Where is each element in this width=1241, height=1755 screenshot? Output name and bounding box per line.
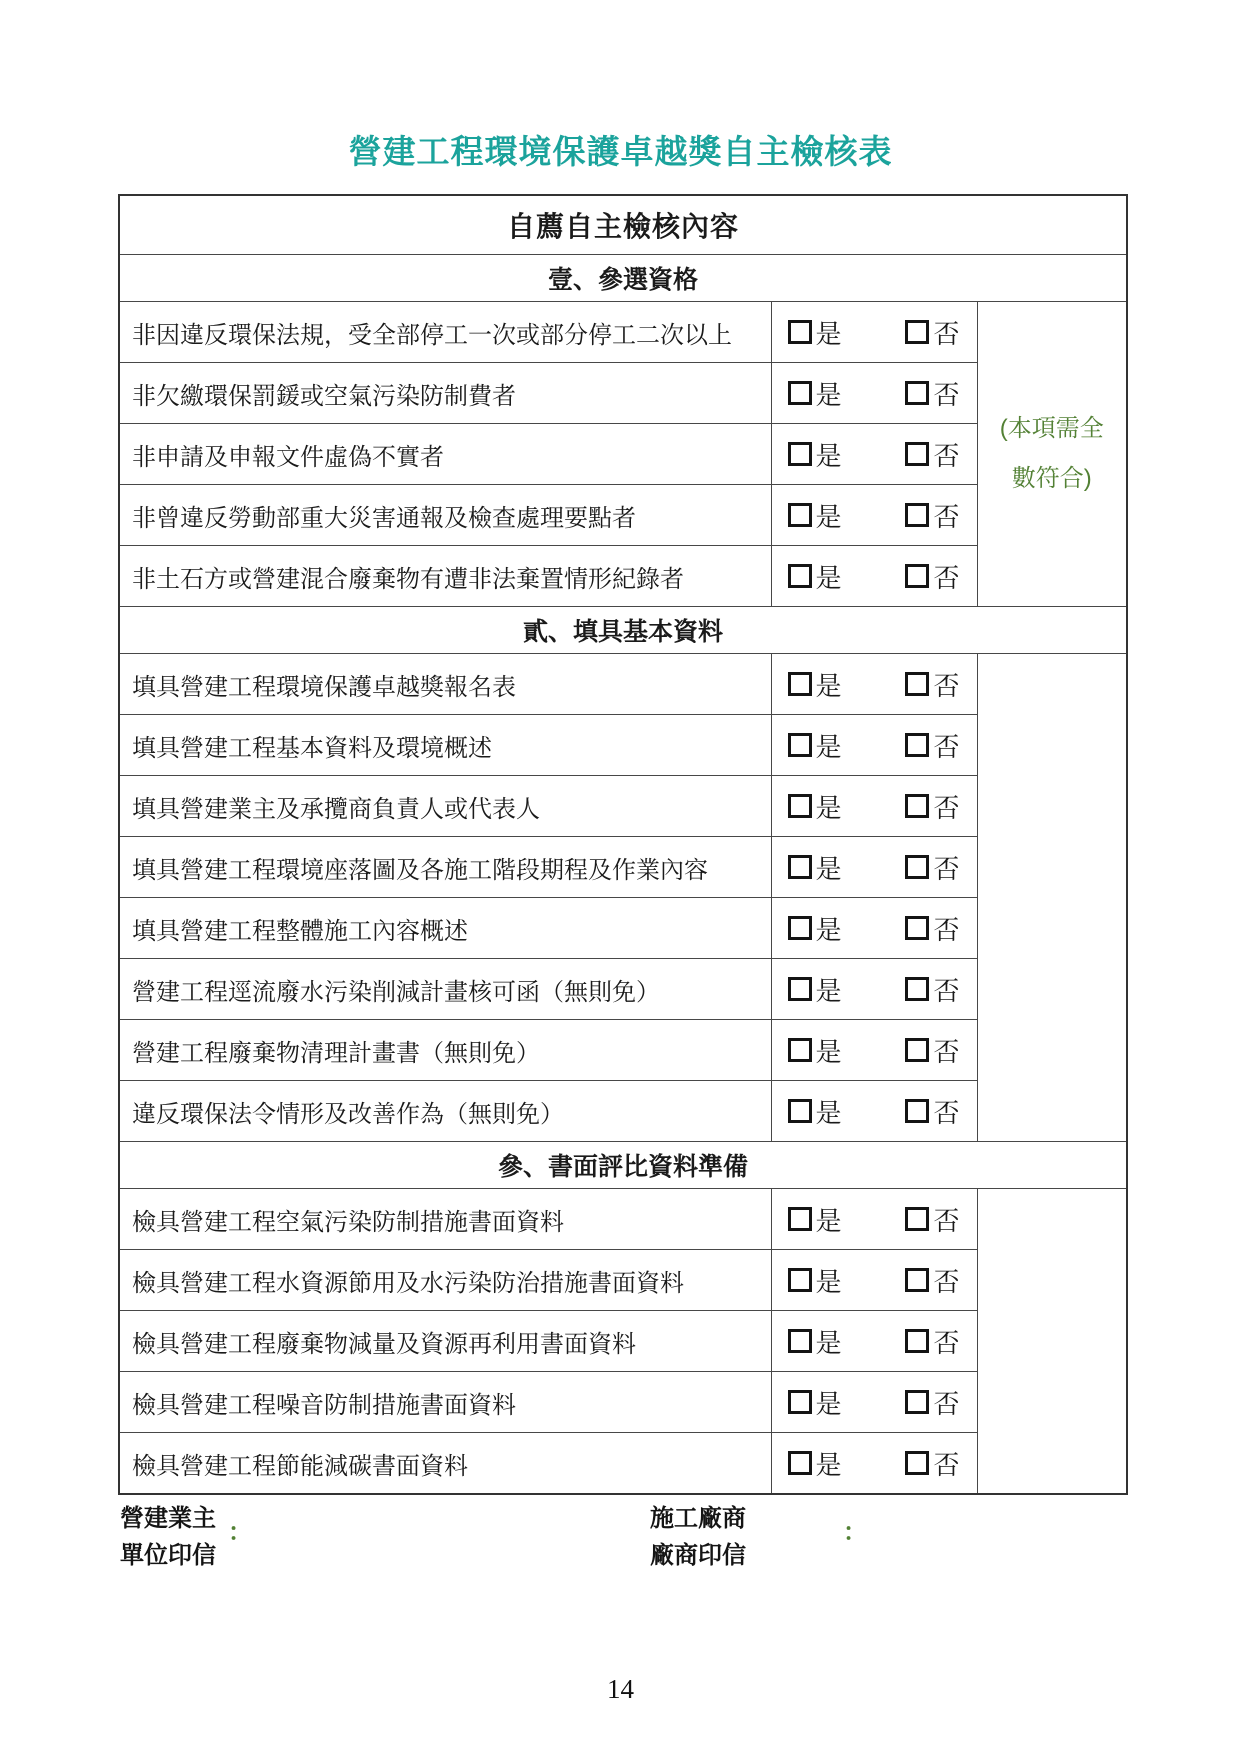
question-cell: 營建工程廢棄物清理計畫書（無則免） — [119, 1020, 771, 1081]
contractor-seal-line2: 廠商印信 — [650, 1537, 746, 1574]
no-label: 否 — [933, 666, 959, 703]
yes-option[interactable]: 是 — [788, 1323, 842, 1360]
no-option[interactable]: 否 — [905, 375, 959, 412]
answer-cell: 是 否 — [771, 1250, 977, 1311]
section-heading: 壹、參選資格 — [119, 255, 1127, 302]
table-row: 營建工程廢棄物清理計畫書（無則免） 是 否 — [119, 1020, 1127, 1081]
question-text: 營建工程廢棄物清理計畫書（無則免） — [132, 1040, 540, 1067]
no-checkbox[interactable] — [905, 381, 929, 405]
table-row: 填具營建業主及承攬商負責人或代表人 是 否 — [119, 776, 1127, 837]
no-option[interactable]: 否 — [905, 849, 959, 886]
owner-seal-block: 營建業主 單位印信 — [120, 1500, 216, 1574]
no-checkbox[interactable] — [905, 1038, 929, 1062]
contractor-seal-colon: ： — [843, 1512, 867, 1547]
no-label: 否 — [933, 1201, 959, 1238]
yes-label: 是 — [816, 436, 842, 473]
document-page: 營建工程環境保護卓越獎自主檢核表 自薦自主檢核內容 壹、參選資格 非因違反環保法… — [0, 0, 1241, 1755]
no-option[interactable]: 否 — [905, 1323, 959, 1360]
yes-checkbox[interactable] — [788, 564, 812, 588]
table-row: 檢具營建工程水資源節用及水污染防治措施書面資料 是 否 — [119, 1250, 1127, 1311]
question-cell: 非欠繳環保罰鍰或空氣污染防制費者 — [119, 363, 771, 424]
yes-label: 是 — [816, 971, 842, 1008]
no-checkbox[interactable] — [905, 1099, 929, 1123]
self-check-table: 自薦自主檢核內容 壹、參選資格 非因違反環保法規，受全部停工一次或部分停工二次以… — [118, 194, 1128, 1495]
yes-option[interactable]: 是 — [788, 314, 842, 351]
table-row: 營建工程逕流廢水污染削減計畫核可函（無則免） 是 否 — [119, 959, 1127, 1020]
question-text: 填具營建工程基本資料及環境概述 — [132, 735, 492, 762]
no-label: 否 — [933, 971, 959, 1008]
answer-options: 是 否 — [772, 375, 977, 412]
no-option[interactable]: 否 — [905, 436, 959, 473]
no-option[interactable]: 否 — [905, 497, 959, 534]
section-header-row: 貳、填具基本資料 — [119, 607, 1127, 654]
no-checkbox[interactable] — [905, 1329, 929, 1353]
answer-cell: 是 否 — [771, 898, 977, 959]
yes-checkbox[interactable] — [788, 503, 812, 527]
yes-label: 是 — [816, 1262, 842, 1299]
table-row: 非申請及申報文件虛偽不實者 是 否 — [119, 424, 1127, 485]
question-text: 檢具營建工程廢棄物減量及資源再利用書面資料 — [132, 1331, 636, 1358]
yes-label: 是 — [816, 1201, 842, 1238]
question-cell: 非曾違反勞動部重大災害通報及檢查處理要點者 — [119, 485, 771, 546]
question-cell: 填具營建工程環境保護卓越獎報名表 — [119, 654, 771, 715]
yes-label: 是 — [816, 314, 842, 351]
question-cell: 檢具營建工程空氣污染防制措施書面資料 — [119, 1189, 771, 1250]
question-text: 營建工程逕流廢水污染削減計畫核可函（無則免） — [132, 979, 660, 1006]
no-checkbox[interactable] — [905, 1451, 929, 1475]
answer-cell: 是 否 — [771, 837, 977, 898]
question-cell: 填具營建工程環境座落圖及各施工階段期程及作業內容 — [119, 837, 771, 898]
yes-label: 是 — [816, 375, 842, 412]
contractor-seal-block: 施工廠商 廠商印信 — [650, 1500, 746, 1574]
yes-checkbox[interactable] — [788, 1099, 812, 1123]
question-cell: 填具營建工程基本資料及環境概述 — [119, 715, 771, 776]
answer-cell: 是 否 — [771, 485, 977, 546]
check-table-body: 自薦自主檢核內容 壹、參選資格 非因違反環保法規，受全部停工一次或部分停工二次以… — [119, 195, 1127, 1494]
question-text: 檢具營建工程空氣污染防制措施書面資料 — [132, 1209, 564, 1236]
yes-checkbox[interactable] — [788, 381, 812, 405]
no-option[interactable]: 否 — [905, 788, 959, 825]
no-checkbox[interactable] — [905, 855, 929, 879]
question-cell: 非土石方或營建混合廢棄物有遭非法棄置情形紀錄者 — [119, 546, 771, 607]
no-label: 否 — [933, 497, 959, 534]
table-row: 非土石方或營建混合廢棄物有遭非法棄置情形紀錄者 是 否 — [119, 546, 1127, 607]
no-label: 否 — [933, 314, 959, 351]
no-checkbox[interactable] — [905, 977, 929, 1001]
no-checkbox[interactable] — [905, 442, 929, 466]
question-cell: 填具營建業主及承攬商負責人或代表人 — [119, 776, 771, 837]
no-checkbox[interactable] — [905, 564, 929, 588]
yes-option[interactable]: 是 — [788, 666, 842, 703]
answer-options: 是 否 — [772, 849, 977, 886]
yes-checkbox[interactable] — [788, 1268, 812, 1292]
question-text: 非申請及申報文件虛偽不實者 — [132, 444, 444, 471]
no-label: 否 — [933, 849, 959, 886]
answer-options: 是 否 — [772, 1323, 977, 1360]
yes-checkbox[interactable] — [788, 1329, 812, 1353]
question-text: 填具營建工程環境座落圖及各施工階段期程及作業內容 — [132, 857, 708, 884]
yes-label: 是 — [816, 727, 842, 764]
table-row: 檢具營建工程空氣污染防制措施書面資料 是 否 — [119, 1189, 1127, 1250]
section-header-row: 壹、參選資格 — [119, 255, 1127, 302]
answer-options: 是 否 — [772, 666, 977, 703]
table-row: 非因違反環保法規，受全部停工一次或部分停工二次以上 是 否 (本項需全 數符合) — [119, 302, 1127, 363]
no-label: 否 — [933, 1323, 959, 1360]
answer-options: 是 否 — [772, 1445, 977, 1482]
yes-option[interactable]: 是 — [788, 849, 842, 886]
no-label: 否 — [933, 727, 959, 764]
yes-option[interactable]: 是 — [788, 971, 842, 1008]
yes-checkbox[interactable] — [788, 672, 812, 696]
answer-cell: 是 否 — [771, 1372, 977, 1433]
yes-checkbox[interactable] — [788, 1451, 812, 1475]
yes-option[interactable]: 是 — [788, 1201, 842, 1238]
table-row: 檢具營建工程噪音防制措施書面資料 是 否 — [119, 1372, 1127, 1433]
yes-label: 是 — [816, 558, 842, 595]
answer-options: 是 否 — [772, 727, 977, 764]
yes-label: 是 — [816, 910, 842, 947]
yes-label: 是 — [816, 1032, 842, 1069]
table-row: 填具營建工程整體施工內容概述 是 否 — [119, 898, 1127, 959]
no-label: 否 — [933, 1384, 959, 1421]
no-option[interactable]: 否 — [905, 910, 959, 947]
no-label: 否 — [933, 1262, 959, 1299]
question-text: 非因違反環保法規，受全部停工一次或部分停工二次以上 — [132, 322, 732, 349]
yes-checkbox[interactable] — [788, 1207, 812, 1231]
owner-seal-line2: 單位印信 — [120, 1537, 216, 1574]
section-note: (本項需全 數符合) — [977, 302, 1127, 607]
question-cell: 非申請及申報文件虛偽不實者 — [119, 424, 771, 485]
question-text: 填具營建業主及承攬商負責人或代表人 — [132, 796, 540, 823]
yes-checkbox[interactable] — [788, 794, 812, 818]
yes-label: 是 — [816, 497, 842, 534]
no-checkbox[interactable] — [905, 1390, 929, 1414]
yes-option[interactable]: 是 — [788, 788, 842, 825]
contractor-seal-line1: 施工廠商 — [650, 1500, 746, 1537]
yes-option[interactable]: 是 — [788, 910, 842, 947]
table-row: 填具營建工程環境保護卓越獎報名表 是 否 — [119, 654, 1127, 715]
no-option[interactable]: 否 — [905, 1093, 959, 1130]
no-option[interactable]: 否 — [905, 314, 959, 351]
yes-option[interactable]: 是 — [788, 375, 842, 412]
question-cell: 營建工程逕流廢水污染削減計畫核可函（無則免） — [119, 959, 771, 1020]
question-cell: 違反環保法令情形及改善作為（無則免） — [119, 1081, 771, 1142]
no-label: 否 — [933, 1032, 959, 1069]
no-label: 否 — [933, 436, 959, 473]
no-checkbox[interactable] — [905, 672, 929, 696]
answer-options: 是 否 — [772, 1201, 977, 1238]
yes-option[interactable]: 是 — [788, 1384, 842, 1421]
answer-cell: 是 否 — [771, 1433, 977, 1495]
no-option[interactable]: 否 — [905, 666, 959, 703]
question-cell: 填具營建工程整體施工內容概述 — [119, 898, 771, 959]
table-row: 填具營建工程環境座落圖及各施工階段期程及作業內容 是 否 — [119, 837, 1127, 898]
section-header-row: 參、書面評比資料準備 — [119, 1142, 1127, 1189]
answer-cell: 是 否 — [771, 654, 977, 715]
yes-option[interactable]: 是 — [788, 558, 842, 595]
no-checkbox[interactable] — [905, 733, 929, 757]
section-heading: 參、書面評比資料準備 — [119, 1142, 1127, 1189]
answer-options: 是 否 — [772, 788, 977, 825]
yes-option[interactable]: 是 — [788, 1032, 842, 1069]
no-checkbox[interactable] — [905, 320, 929, 344]
table-header-row: 自薦自主檢核內容 — [119, 195, 1127, 255]
yes-option[interactable]: 是 — [788, 497, 842, 534]
section-note — [977, 1189, 1127, 1495]
no-option[interactable]: 否 — [905, 1201, 959, 1238]
document-title: 營建工程環境保護卓越獎自主檢核表 — [0, 126, 1241, 173]
answer-cell: 是 否 — [771, 715, 977, 776]
question-text: 檢具營建工程節能減碳書面資料 — [132, 1453, 468, 1480]
answer-options: 是 否 — [772, 436, 977, 473]
answer-cell: 是 否 — [771, 1081, 977, 1142]
answer-options: 是 否 — [772, 910, 977, 947]
answer-cell: 是 否 — [771, 959, 977, 1020]
yes-option[interactable]: 是 — [788, 1093, 842, 1130]
no-checkbox[interactable] — [905, 1268, 929, 1292]
question-text: 檢具營建工程噪音防制措施書面資料 — [132, 1392, 516, 1419]
owner-seal-colon: ： — [228, 1512, 252, 1547]
page-number: 14 — [0, 1674, 1241, 1705]
yes-label: 是 — [816, 1093, 842, 1130]
question-cell: 檢具營建工程節能減碳書面資料 — [119, 1433, 771, 1495]
answer-options: 是 否 — [772, 558, 977, 595]
yes-checkbox[interactable] — [788, 916, 812, 940]
question-cell: 檢具營建工程噪音防制措施書面資料 — [119, 1372, 771, 1433]
answer-cell: 是 否 — [771, 1311, 977, 1372]
question-text: 非曾違反勞動部重大災害通報及檢查處理要點者 — [132, 505, 636, 532]
no-option[interactable]: 否 — [905, 1445, 959, 1482]
no-label: 否 — [933, 788, 959, 825]
yes-label: 是 — [816, 1445, 842, 1482]
answer-cell: 是 否 — [771, 546, 977, 607]
no-label: 否 — [933, 375, 959, 412]
section-heading: 貳、填具基本資料 — [119, 607, 1127, 654]
yes-checkbox[interactable] — [788, 1390, 812, 1414]
yes-checkbox[interactable] — [788, 855, 812, 879]
table-row: 非曾違反勞動部重大災害通報及檢查處理要點者 是 否 — [119, 485, 1127, 546]
question-cell: 檢具營建工程水資源節用及水污染防治措施書面資料 — [119, 1250, 771, 1311]
no-label: 否 — [933, 1093, 959, 1130]
no-checkbox[interactable] — [905, 794, 929, 818]
answer-cell: 是 否 — [771, 1189, 977, 1250]
yes-checkbox[interactable] — [788, 1038, 812, 1062]
no-option[interactable]: 否 — [905, 1032, 959, 1069]
table-row: 非欠繳環保罰鍰或空氣污染防制費者 是 否 — [119, 363, 1127, 424]
yes-checkbox[interactable] — [788, 977, 812, 1001]
answer-options: 是 否 — [772, 971, 977, 1008]
yes-option[interactable]: 是 — [788, 1445, 842, 1482]
question-text: 違反環保法令情形及改善作為（無則免） — [132, 1101, 564, 1128]
yes-label: 是 — [816, 1323, 842, 1360]
answer-cell: 是 否 — [771, 776, 977, 837]
answer-options: 是 否 — [772, 1032, 977, 1069]
yes-checkbox[interactable] — [788, 442, 812, 466]
answer-cell: 是 否 — [771, 424, 977, 485]
yes-label: 是 — [816, 788, 842, 825]
no-option[interactable]: 否 — [905, 727, 959, 764]
no-label: 否 — [933, 910, 959, 947]
section-note — [977, 654, 1127, 1142]
no-label: 否 — [933, 558, 959, 595]
yes-option[interactable]: 是 — [788, 727, 842, 764]
table-row: 填具營建工程基本資料及環境概述 是 否 — [119, 715, 1127, 776]
table-row: 檢具營建工程節能減碳書面資料 是 否 — [119, 1433, 1127, 1495]
yes-label: 是 — [816, 849, 842, 886]
no-option[interactable]: 否 — [905, 558, 959, 595]
yes-option[interactable]: 是 — [788, 1262, 842, 1299]
table-row: 違反環保法令情形及改善作為（無則免） 是 否 — [119, 1081, 1127, 1142]
no-label: 否 — [933, 1445, 959, 1482]
yes-option[interactable]: 是 — [788, 436, 842, 473]
question-text: 填具營建工程整體施工內容概述 — [132, 918, 468, 945]
question-cell: 非因違反環保法規，受全部停工一次或部分停工二次以上 — [119, 302, 771, 363]
no-checkbox[interactable] — [905, 1207, 929, 1231]
yes-label: 是 — [816, 666, 842, 703]
question-cell: 檢具營建工程廢棄物減量及資源再利用書面資料 — [119, 1311, 771, 1372]
no-checkbox[interactable] — [905, 503, 929, 527]
question-text: 非欠繳環保罰鍰或空氣污染防制費者 — [132, 383, 516, 410]
answer-options: 是 否 — [772, 1262, 977, 1299]
question-text: 非土石方或營建混合廢棄物有遭非法棄置情形紀錄者 — [132, 566, 684, 593]
answer-cell: 是 否 — [771, 363, 977, 424]
yes-checkbox[interactable] — [788, 733, 812, 757]
no-checkbox[interactable] — [905, 916, 929, 940]
table-header: 自薦自主檢核內容 — [119, 195, 1127, 255]
no-option[interactable]: 否 — [905, 971, 959, 1008]
owner-seal-line1: 營建業主 — [120, 1500, 216, 1537]
yes-label: 是 — [816, 1384, 842, 1421]
question-text: 檢具營建工程水資源節用及水污染防治措施書面資料 — [132, 1270, 684, 1297]
question-text: 填具營建工程環境保護卓越獎報名表 — [132, 674, 516, 701]
answer-options: 是 否 — [772, 314, 977, 351]
answer-cell: 是 否 — [771, 1020, 977, 1081]
no-option[interactable]: 否 — [905, 1384, 959, 1421]
answer-options: 是 否 — [772, 1093, 977, 1130]
answer-options: 是 否 — [772, 497, 977, 534]
answer-cell: 是 否 — [771, 302, 977, 363]
no-option[interactable]: 否 — [905, 1262, 959, 1299]
yes-checkbox[interactable] — [788, 320, 812, 344]
table-row: 檢具營建工程廢棄物減量及資源再利用書面資料 是 否 — [119, 1311, 1127, 1372]
answer-options: 是 否 — [772, 1384, 977, 1421]
